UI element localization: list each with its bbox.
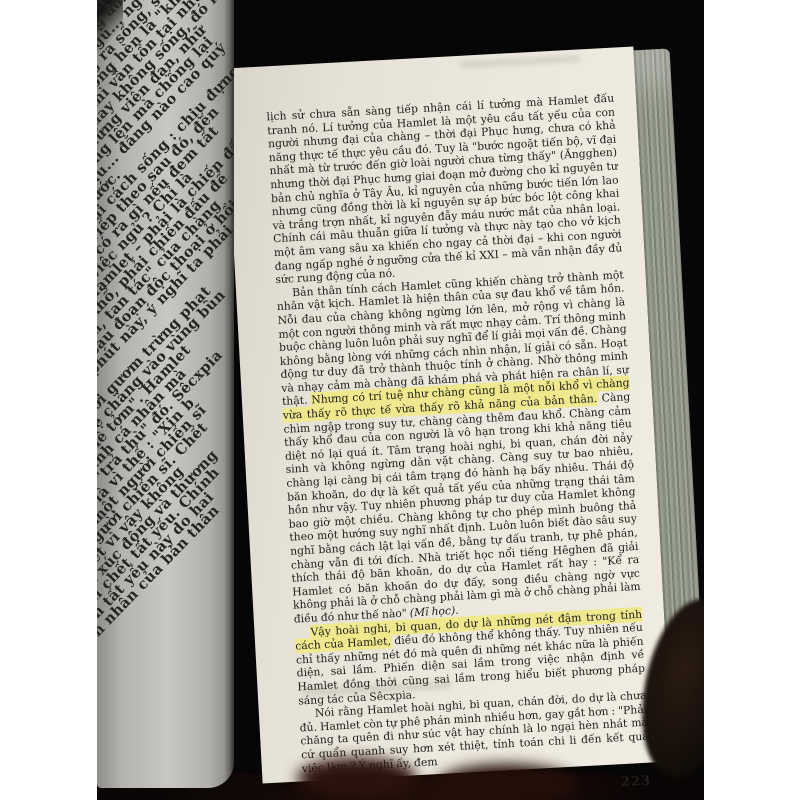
paragraph: Bản thân tính cách Hamlet cũng khiến chà…: [276, 268, 642, 626]
photo-dark-background: lịch sử chưa sẵn sàng tiếp nhận cái lí t…: [97, 0, 704, 800]
ink-bleed-smudge: [460, 55, 580, 67]
paragraph: lịch sử chưa sẵn sàng tiếp nhận cái lí t…: [266, 92, 623, 287]
finger-shadow: [297, 758, 417, 798]
body-text: lịch sử chưa sẵn sàng tiếp nhận cái lí t…: [266, 92, 622, 287]
body-text: Càng chìm ngập trong suy tư, chàng càng …: [283, 390, 641, 625]
body-text: .: [455, 604, 459, 617]
italic-text: (Mĩ học): [409, 604, 455, 619]
finger-shadow: [437, 764, 577, 800]
book-photo: lịch sử chưa sẵn sàng tiếp nhận cái lí t…: [0, 0, 800, 800]
page-text-column: lịch sử chưa sẵn sàng tiếp nhận cái lí t…: [266, 92, 651, 800]
book-right-page: lịch sử chưa sẵn sàng tiếp nhận cái lí t…: [224, 46, 672, 783]
book-left-page-curled: "Đó là vấn đthời đại chàng, vấn đsinh qu…: [97, 0, 234, 788]
